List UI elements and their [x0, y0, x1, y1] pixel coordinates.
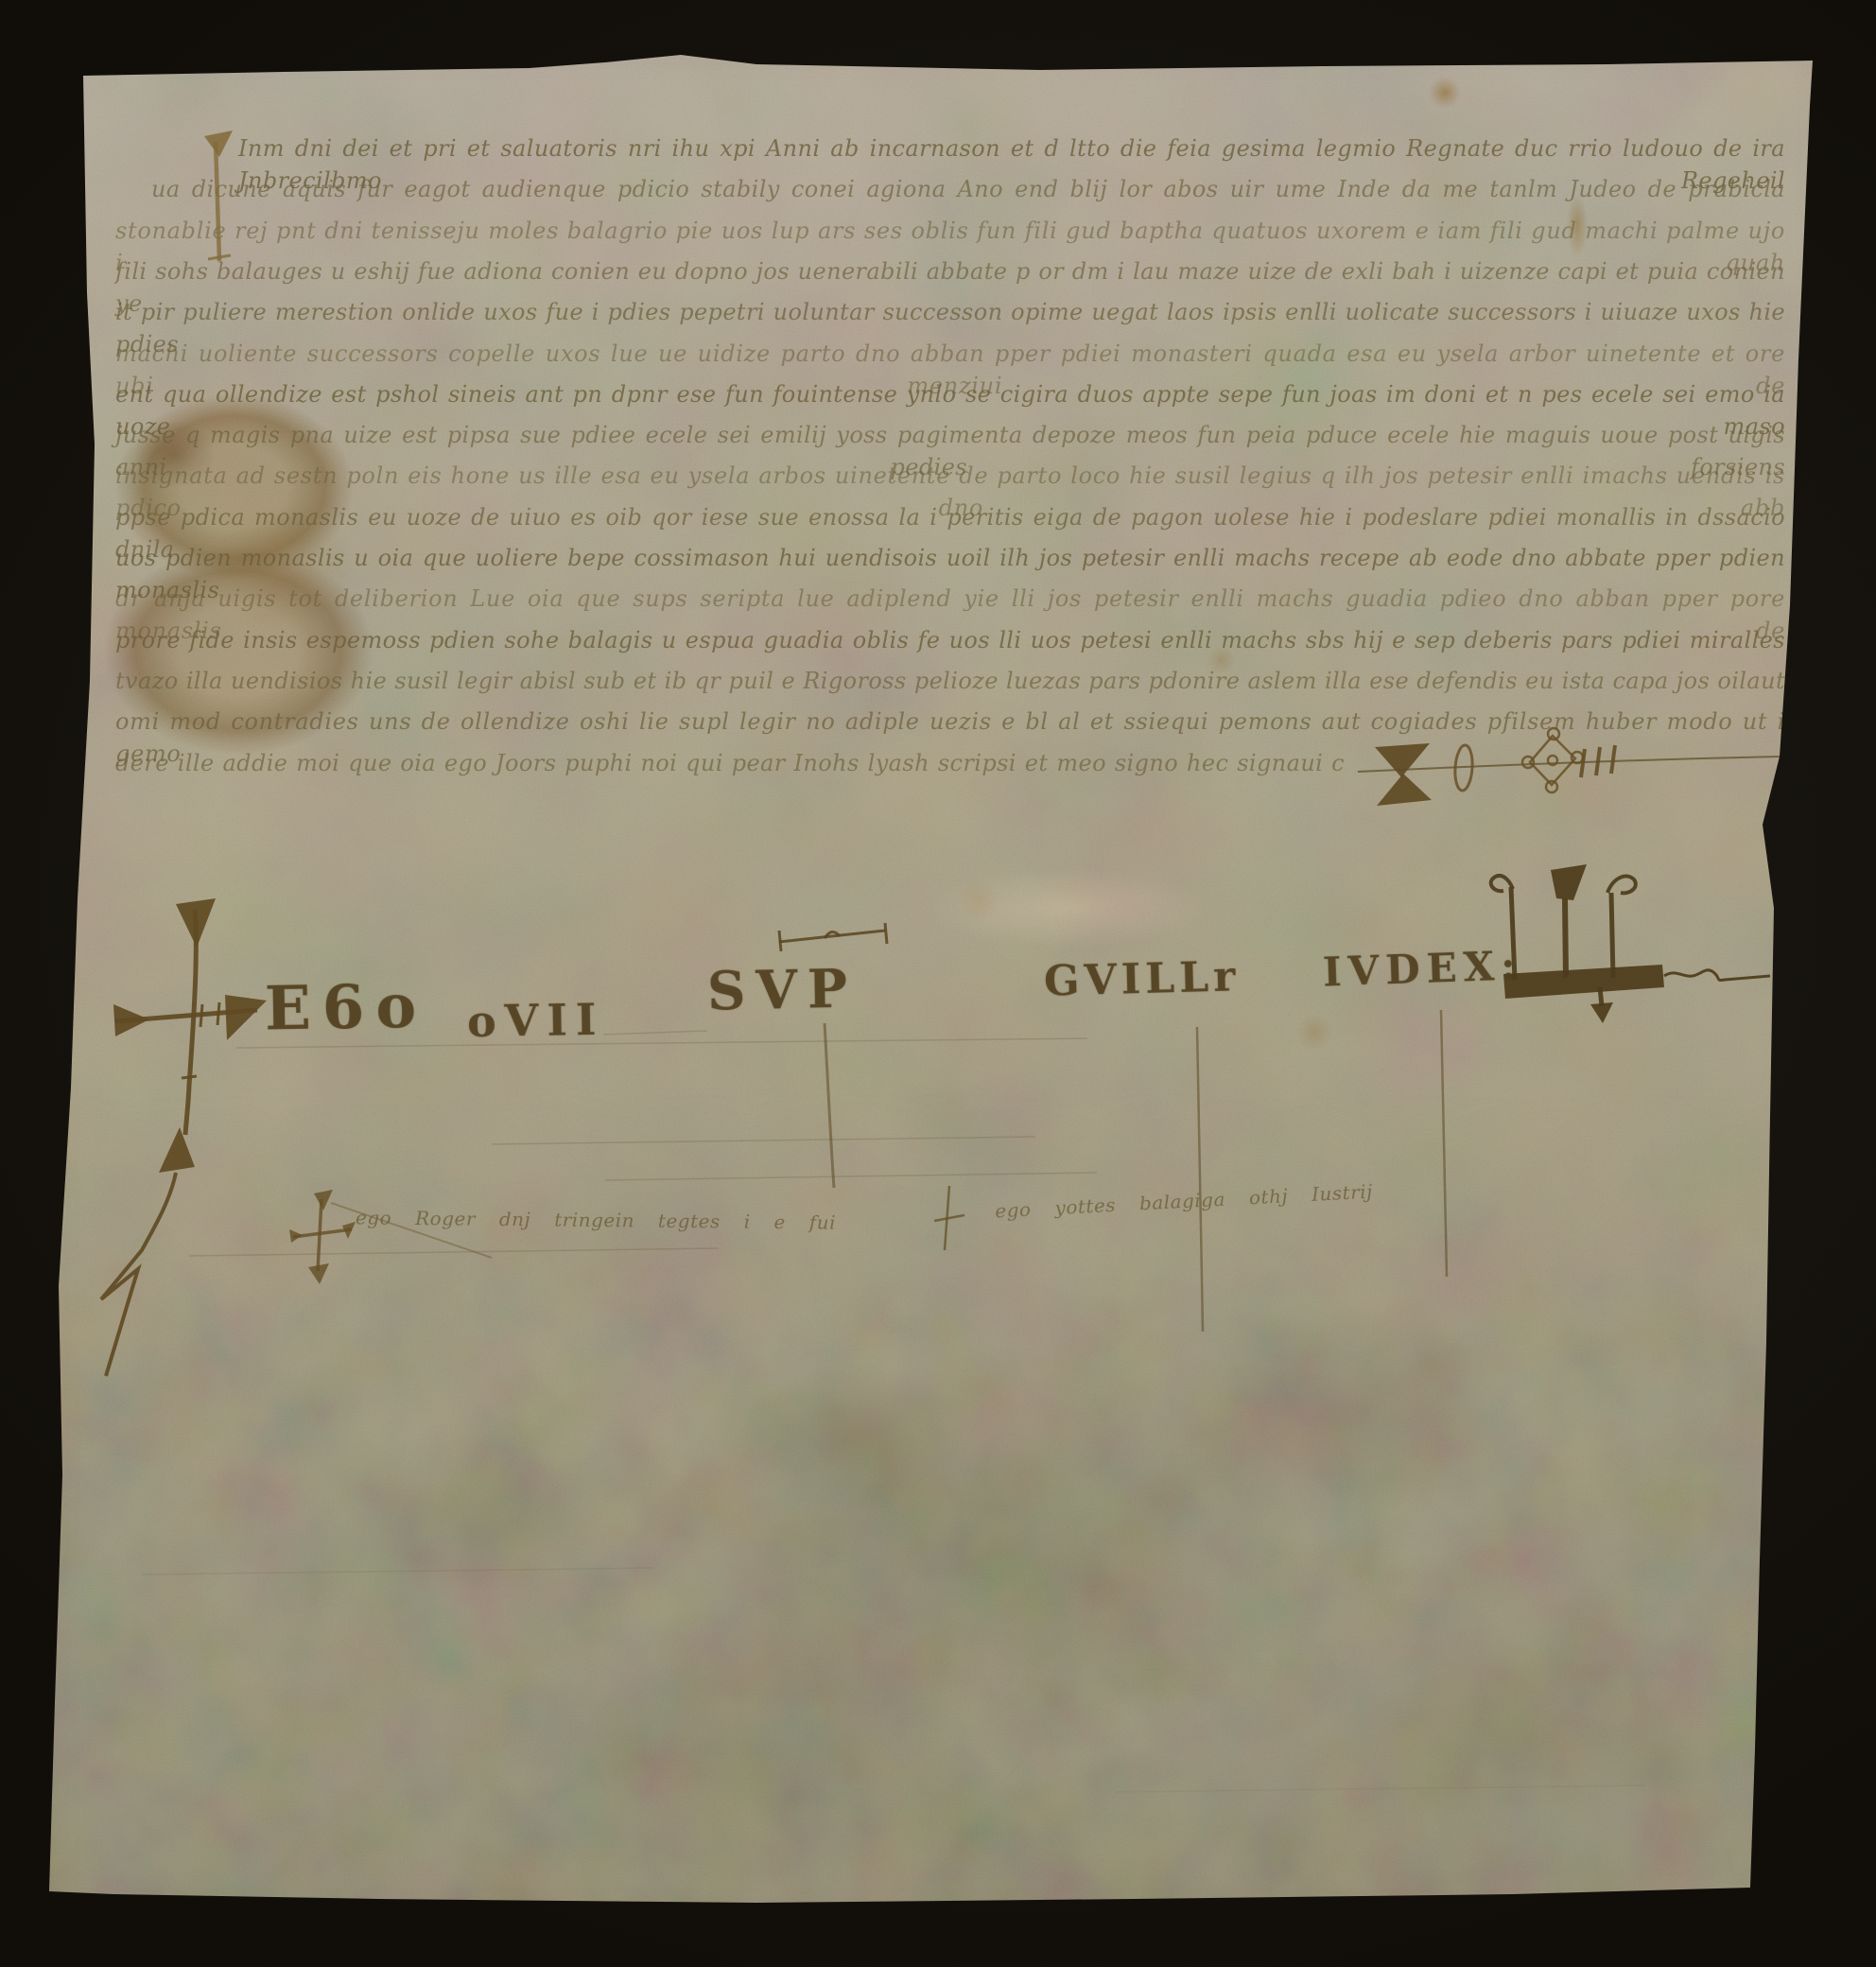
subscription-word-sup: SVP — [706, 958, 858, 1023]
charter-body-line: Inm dni dei et pri et saluatoris nri ihu… — [238, 132, 1785, 165]
charter-body-line: dere ille addie moi que oia ego Joors pu… — [115, 747, 1345, 779]
ruling-lines — [142, 1031, 1645, 1792]
notary-sign-row — [1358, 728, 1780, 806]
notary-monogram-icon — [1491, 864, 1770, 1023]
lens-icon — [1453, 744, 1473, 791]
charter-body-line: stonablie rej pnt dni tenisseju moles ba… — [115, 215, 1785, 247]
subscription-word-name: oVII — [467, 994, 605, 1048]
charter-body-line: jusse q magis pna uize est pipsa sue pdi… — [115, 419, 1785, 451]
charter-body-line: ent qua ollendize est pshol sineis ant p… — [115, 378, 1785, 410]
charter-body-line: it pir puliere merestion onlide uxos fue… — [115, 296, 1785, 328]
charter-body-line: uos pdien monaslis u oia que uoliere bep… — [115, 542, 1785, 574]
charter-body-line: prore fide insis espemoss pdien sohe bal… — [115, 624, 1785, 656]
charter-body-line: ua dicune aquis fur eagot audienque pdic… — [151, 173, 1785, 205]
charter-body-line: insignata ad sestn poln eis hone us ille… — [115, 460, 1785, 492]
charter-body-line: omi mod contradies uns de ollendize oshi… — [115, 705, 1785, 738]
charter-body-line: fili sohs balauges u eshij fue adiona co… — [115, 255, 1785, 287]
charter-body-line: machi uoliente successors copelle uxos l… — [115, 338, 1785, 370]
photograph-of-parchment-charter: Inm dni dei et pri et saluatoris nri ihu… — [0, 0, 1876, 1967]
diamond-icon — [1522, 728, 1583, 792]
descender-strokes — [825, 1010, 1447, 1332]
witness-cross-icon — [289, 1190, 492, 1284]
subscription-cross-icon — [101, 898, 267, 1376]
subscription-word-iudex: IVDEX: — [1322, 942, 1522, 995]
hourglass-icon — [1375, 743, 1432, 806]
subscription-word-guill: GVILLr — [1043, 952, 1241, 1005]
witness-cross-plain-icon — [934, 1186, 964, 1250]
sup-overbar-ornament — [779, 923, 887, 951]
witness-line: ego yottes balagiga othj Iustrij — [995, 1180, 1374, 1223]
charter-body-line: ppse pdica monaslis eu uoze de uiuo es o… — [115, 501, 1785, 533]
tally-marks — [1581, 745, 1615, 777]
charter-body-line: dr anja uigis tot deliberion Lue oia que… — [115, 583, 1785, 615]
notary-rule-line — [1358, 757, 1780, 772]
witness-line: ego Roger dnj tringein tegtes i e fui — [356, 1206, 836, 1233]
parchment-sheet: Inm dni dei et pri et saluatoris nri ihu… — [0, 0, 1876, 1967]
subscription-word-ego: E6o — [264, 971, 427, 1045]
charter-body-line: tvazo illa uendisios hie susil legir abi… — [115, 665, 1785, 697]
